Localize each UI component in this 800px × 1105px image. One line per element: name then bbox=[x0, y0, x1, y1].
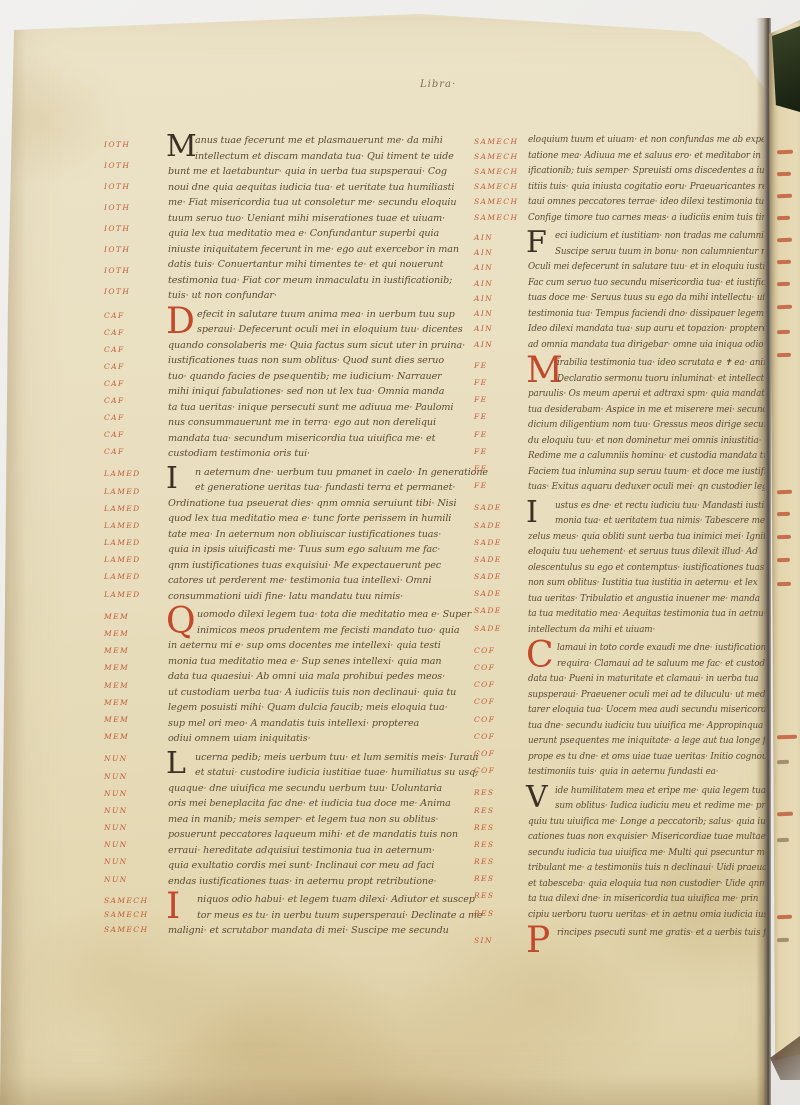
margin-labels-sade: SADESADESADESADESADESADESADESADE bbox=[474, 499, 528, 639]
verse-line: mihi iniqui fabulationes· sed non ut lex… bbox=[168, 384, 468, 400]
left-text-column: IOTHIOTHIOTHIOTHIOTHIOTHIOTHIOTHManus tu… bbox=[104, 133, 468, 942]
margin-label: RES bbox=[474, 789, 528, 797]
margin-label: RES bbox=[474, 807, 528, 815]
margin-label: LAMED bbox=[104, 470, 168, 478]
verse-line: n aeternum dne· uerbum tuu pmanet in cae… bbox=[168, 465, 468, 481]
margin-label: MEM bbox=[104, 630, 168, 638]
margin-label: IOTH bbox=[104, 225, 168, 233]
drop-cap-initial-q: Q bbox=[166, 607, 192, 637]
verse-line: taui omnes peccatores terrae· ideo dilex… bbox=[528, 195, 780, 211]
verse-line: monia tua· et ueritatem tua nimis· Tabes… bbox=[528, 514, 780, 530]
margin-label: SADE bbox=[474, 556, 528, 564]
margin-label: CAF bbox=[104, 397, 168, 405]
verse-line: tuis· ut non confundar· bbox=[168, 288, 468, 304]
verse-line: ta tua meditatio mea· Aequitas testimoni… bbox=[528, 607, 780, 623]
verse-line: quia in ipsis uiuificasti me· Tuus sum e… bbox=[168, 542, 468, 558]
margin-label: NUN bbox=[104, 773, 168, 781]
psalm-section-ain: AINAINAINAINAINAINAINAINFeci iudicium et… bbox=[474, 229, 780, 353]
verse-line: tuo· quando facies de psequentib; me iud… bbox=[168, 369, 468, 385]
margin-label: COF bbox=[474, 750, 528, 758]
margin-label: MEM bbox=[104, 733, 168, 741]
verse-line: noui dne quia aequitas iudicia tua· et u… bbox=[168, 180, 468, 196]
verse-line: qnm iustificationes tuas exquisiui· Me e… bbox=[168, 558, 468, 574]
margin-label: RES bbox=[474, 875, 528, 883]
margin-label: RES bbox=[474, 892, 528, 900]
margin-label: SAMECH bbox=[474, 214, 528, 222]
verse-line: Ordinatione tua pseuerat dies· qnm omnia… bbox=[168, 496, 468, 512]
verse-line: Confige timore tuo carnes meas· a iudici… bbox=[528, 211, 780, 227]
verse-line: legem posuisti mihi· Quam dulcia faucib;… bbox=[168, 700, 468, 716]
verse-line: tate mea· In aeternum non obliuiscar ius… bbox=[168, 527, 468, 543]
drop-cap-initial-i: I bbox=[526, 499, 550, 527]
verse-line: quando consolaberis me· Quia factus sum … bbox=[168, 338, 468, 354]
margin-label: CAF bbox=[104, 414, 168, 422]
verse-line: inimicos meos prudentem me fecisti manda… bbox=[168, 623, 468, 639]
next-folio-rubric-fragment bbox=[777, 558, 790, 562]
header-inscription: Libra· bbox=[420, 79, 456, 90]
verse-line: uerunt psequentes me iniquitate· a lege … bbox=[528, 734, 789, 750]
verse-line: supsperaui· Praeuener oculi mei ad te di… bbox=[528, 688, 789, 704]
next-folio-rubric-fragment bbox=[777, 353, 791, 357]
margin-label: MEM bbox=[104, 716, 168, 724]
next-folio-edge bbox=[769, 20, 800, 1060]
verse-line: quia lex tua meditatio mea e· Confundant… bbox=[168, 226, 468, 242]
margin-labels-nun: NUNNUNNUNNUNNUNNUNNUNNUN bbox=[104, 750, 168, 890]
verse-text-block: In aeternum dne· uerbum tuu pmanet in ca… bbox=[168, 465, 468, 605]
gutter-shadow bbox=[756, 18, 771, 1105]
margin-label: CAF bbox=[104, 312, 168, 320]
verse-line: custodiam testimonia oris tui· bbox=[168, 446, 468, 462]
margin-label: IOTH bbox=[104, 288, 168, 296]
parchment-page: Libra· IOTHIOTHIOTHIOTHIOTHIOTHIOTHIOTHM… bbox=[0, 0, 800, 1105]
margin-label: AIN bbox=[474, 264, 528, 272]
verse-text-block: Manus tuae fecerunt me et plasmauerunt m… bbox=[168, 133, 468, 304]
right-text-column: SAMECHSAMECHSAMECHSAMECHSAMECHSAMECHeloq… bbox=[474, 133, 780, 959]
verse-line: requira· Clamaui ad te saluum me fac· et… bbox=[528, 657, 789, 673]
margin-label: LAMED bbox=[104, 505, 168, 513]
verse-line: zelus meus· quia obliti sunt uerba tua i… bbox=[528, 530, 780, 546]
verse-line: mea in manib; meis semper· et legem tua … bbox=[168, 812, 468, 828]
margin-label: SAMECH bbox=[474, 138, 528, 146]
verse-line: anus tuae fecerunt me et plasmauerunt me… bbox=[168, 133, 468, 149]
drop-cap-initial-i: I bbox=[166, 465, 190, 493]
margin-label: CAF bbox=[104, 431, 168, 439]
verse-line: endas iustificationes tuas· in aeternu p… bbox=[168, 874, 468, 890]
margin-label: AIN bbox=[474, 310, 528, 318]
verse-line: speraui· Defecerunt oculi mei in eloquiu… bbox=[168, 322, 468, 338]
margin-label: AIN bbox=[474, 280, 528, 288]
margin-label: FE bbox=[474, 379, 528, 387]
margin-labels-caf: CAFCAFCAFCAFCAFCAFCAFCAFCAF bbox=[104, 307, 168, 462]
psalm-section-samech: SAMECHSAMECHSAMECHIniquos odio habui· et… bbox=[104, 892, 468, 939]
verse-text-block: eloquium tuum et uiuam· et non confundas… bbox=[528, 133, 780, 226]
verse-line: bunt me et laetabuntur· quia in uerba tu… bbox=[168, 164, 468, 180]
verse-line: lamaui in toto corde exaudi me dne· iust… bbox=[528, 641, 789, 657]
margin-label: MEM bbox=[104, 699, 168, 707]
verse-text-block: Iustus es dne· et rectu iudiciu tuu· Man… bbox=[528, 499, 780, 639]
drop-cap-initial-l: L bbox=[166, 750, 190, 778]
drop-cap-initial-d: D bbox=[166, 307, 192, 337]
verse-line: tatione mea· Adiuua me et saluus ero· et… bbox=[528, 149, 780, 165]
next-folio-rubric-fragment bbox=[777, 238, 792, 243]
verse-line: testimoniis tuis· quia in aeternu fundas… bbox=[528, 765, 789, 781]
margin-label: SADE bbox=[474, 539, 528, 547]
margin-label: FE bbox=[474, 465, 528, 473]
margin-label: NUN bbox=[104, 841, 168, 849]
margin-label: SADE bbox=[474, 625, 528, 633]
verse-line: iustificationes tuas non sum oblitus· Qu… bbox=[168, 353, 468, 369]
psalm-section-cof: COFCOFCOFCOFCOFCOFCOFCOFClamaui in toto … bbox=[474, 641, 780, 781]
margin-label: AIN bbox=[474, 341, 528, 349]
verse-text-block: Iniquos odio habui· et legem tuam dilexi… bbox=[168, 892, 468, 939]
verse-line: in aeternu mi e· sup oms docentes me int… bbox=[168, 638, 468, 654]
next-folio-rubric-fragment bbox=[777, 216, 790, 220]
verse-line: ucerna pedib; meis uerbum tuu· et lum se… bbox=[168, 750, 468, 766]
verse-line: tuum seruo tuo· Ueniant mihi miseratione… bbox=[168, 211, 468, 227]
margin-label: LAMED bbox=[104, 591, 168, 599]
margin-label: FE bbox=[474, 448, 528, 456]
margin-label: CAF bbox=[104, 380, 168, 388]
psalm-section-res: RESRESRESRESRESRESRESRESVide humilitatem… bbox=[474, 784, 780, 924]
verse-line: tua dne· secundu iudiciu tuu uiuifica me… bbox=[528, 719, 789, 735]
margin-label: LAMED bbox=[104, 556, 168, 564]
verse-line: ificationib; tuis semper· Spreuisti oms … bbox=[528, 164, 780, 180]
verse-line: maligni· et scrutabor mandata di mei· Su… bbox=[168, 923, 468, 939]
verse-line: ta tua ueritas· inique persecuti sunt me… bbox=[168, 400, 468, 416]
margin-label: MEM bbox=[104, 682, 168, 690]
next-folio-rubric-fragment bbox=[777, 194, 792, 199]
verse-line: non sum oblitus· Iustitia tua iustitia i… bbox=[528, 576, 780, 592]
drop-cap-initial-m: M bbox=[526, 356, 552, 386]
margin-labels-lamed: LAMEDLAMEDLAMEDLAMEDLAMEDLAMEDLAMEDLAMED bbox=[104, 465, 168, 605]
next-folio-rubric-fragment bbox=[777, 150, 793, 155]
binding-headband bbox=[772, 26, 800, 112]
margin-label: SAMECH bbox=[104, 897, 168, 905]
verse-line: erraui· hereditate adquisiui testimonia … bbox=[168, 843, 468, 859]
drop-cap-initial-m: M bbox=[166, 133, 190, 161]
psalm-section-fe: FEFEFEFEFEFEFEFEMirabilia testimonia tua… bbox=[474, 356, 780, 496]
next-folio-ink-fragment bbox=[777, 760, 789, 764]
psalm-section-samech-cont: SAMECHSAMECHSAMECHSAMECHSAMECHSAMECHeloq… bbox=[474, 133, 780, 226]
verse-line: tarer eloquia tua· Uocem mea audi secund… bbox=[528, 703, 789, 719]
margin-labels-fe: FEFEFEFEFEFEFEFE bbox=[474, 356, 528, 496]
margin-label: SAMECH bbox=[104, 926, 168, 934]
next-folio-rubric-fragment bbox=[777, 330, 790, 334]
margin-labels-samech: SAMECHSAMECHSAMECHSAMECHSAMECHSAMECH bbox=[474, 133, 528, 226]
margin-label: NUN bbox=[104, 755, 168, 763]
margin-label: IOTH bbox=[104, 162, 168, 170]
margin-label: NUN bbox=[104, 807, 168, 815]
margin-label: FE bbox=[474, 413, 528, 421]
verse-line: iniuste iniquitatem fecerunt in me· ego … bbox=[168, 242, 468, 258]
verse-text-block: Clamaui in toto corde exaudi me dne· ius… bbox=[528, 641, 789, 781]
psalm-section-mem: MEMMEMMEMMEMMEMMEMMEMMEMQuomodo dilexi l… bbox=[104, 607, 468, 747]
margin-labels-sin: SIN bbox=[474, 926, 528, 956]
margin-label: COF bbox=[474, 733, 528, 741]
verse-line: testimonia tua· Fiat cor meum inmaculatu… bbox=[168, 273, 468, 289]
verse-line: titiis tuis· quia iniusta cogitatio eoru… bbox=[528, 180, 780, 196]
margin-label: SADE bbox=[474, 607, 528, 615]
verse-line: et statui· custodire iudicia iustitiae t… bbox=[168, 765, 468, 781]
margin-label: CAF bbox=[104, 346, 168, 354]
verse-line: efecit in salutare tuum anima mea· in ue… bbox=[168, 307, 468, 323]
margin-label: COF bbox=[474, 698, 528, 706]
margin-label: IOTH bbox=[104, 141, 168, 149]
next-folio-rubric-fragment bbox=[777, 172, 791, 176]
verse-line: ustus es dne· et rectu iudiciu tuu· Mand… bbox=[528, 499, 780, 515]
verse-line: olescentulus su ego et contemptus· iusti… bbox=[528, 561, 780, 577]
margin-label: AIN bbox=[474, 325, 528, 333]
margin-label: COF bbox=[474, 767, 528, 775]
verse-line: catores ut perderent me· testimonia tua … bbox=[168, 573, 468, 589]
margin-label: AIN bbox=[474, 249, 528, 257]
verse-line: ut custodiam uerba tua· A iudiciis tuis … bbox=[168, 685, 468, 701]
margin-label: SAMECH bbox=[104, 911, 168, 919]
margin-label: IOTH bbox=[104, 204, 168, 212]
psalm-section-caf: CAFCAFCAFCAFCAFCAFCAFCAFCAFDefecit in sa… bbox=[104, 307, 468, 462]
verse-line: niquos odio habui· et legem tuam dilexi·… bbox=[168, 892, 468, 908]
psalm-section-lamed: LAMEDLAMEDLAMEDLAMEDLAMEDLAMEDLAMEDLAMED… bbox=[104, 465, 468, 605]
verse-line: uomodo dilexi legem tua· tota die medita… bbox=[168, 607, 468, 623]
margin-label: SAMECH bbox=[474, 153, 528, 161]
verse-line: me· Fiat misericordia tua ut consoletur … bbox=[168, 195, 468, 211]
next-folio-rubric-fragment bbox=[777, 512, 790, 516]
margin-label: AIN bbox=[474, 295, 528, 303]
margin-label: NUN bbox=[104, 824, 168, 832]
margin-label: LAMED bbox=[104, 522, 168, 530]
margin-label: FE bbox=[474, 431, 528, 439]
next-folio-ink-fragment bbox=[777, 838, 789, 842]
verse-line: oris mei beneplacita fac dne· et iudicia… bbox=[168, 796, 468, 812]
verse-line: quia exultatio cordis mei sunt· Inclinau… bbox=[168, 858, 468, 874]
margin-labels-cof: COFCOFCOFCOFCOFCOFCOFCOF bbox=[474, 641, 528, 781]
verse-line: posuerunt peccatores laqueum mihi· et de… bbox=[168, 827, 468, 843]
margin-label: SIN bbox=[474, 937, 528, 945]
next-folio-ink-fragment bbox=[777, 938, 789, 942]
verse-line: tua ueritas· Tribulatio et angustia inue… bbox=[528, 592, 780, 608]
margin-labels-res: RESRESRESRESRESRESRESRES bbox=[474, 784, 528, 924]
verse-text-block: Quomodo dilexi legem tua· tota die medit… bbox=[168, 607, 468, 747]
margin-label: RES bbox=[474, 824, 528, 832]
margin-label: SAMECH bbox=[474, 168, 528, 176]
manuscript-photo: Libra· IOTHIOTHIOTHIOTHIOTHIOTHIOTHIOTHM… bbox=[0, 0, 800, 1105]
verse-line: tor meus es tu· in uerbu tuum superspera… bbox=[168, 908, 468, 924]
margin-label: IOTH bbox=[104, 267, 168, 275]
verse-line: data tua· Pueni in maturitate et clamaui… bbox=[528, 672, 789, 688]
verse-line: data tua quaesiui· Ab omni uia mala proh… bbox=[168, 669, 468, 685]
margin-label: LAMED bbox=[104, 539, 168, 547]
margin-label: MEM bbox=[104, 613, 168, 621]
verse-line: mandata tua· secundum misericordia tua u… bbox=[168, 431, 468, 447]
verse-line: eloquium tuum et uiuam· et non confundas… bbox=[528, 133, 780, 149]
next-folio-rubric-fragment bbox=[777, 282, 790, 286]
verse-line: sup mel ori meo· A mandatis tuis intelle… bbox=[168, 716, 468, 732]
verse-line: prope es tu dne· et oms uiae tuae uerita… bbox=[528, 750, 789, 766]
margin-label: RES bbox=[474, 841, 528, 849]
verse-text-block: Defecit in salutare tuum anima mea· in u… bbox=[168, 307, 468, 462]
margin-label: SADE bbox=[474, 573, 528, 581]
psalm-section-sin: SINPrincipes psecuti sunt me gratis· et … bbox=[474, 926, 780, 956]
margin-label: LAMED bbox=[104, 573, 168, 581]
verse-line: odiui omnem uiam iniquitatis· bbox=[168, 731, 468, 747]
margin-label: FE bbox=[474, 482, 528, 490]
margin-label: CAF bbox=[104, 363, 168, 371]
margin-label: FE bbox=[474, 396, 528, 404]
margin-label: IOTH bbox=[104, 246, 168, 254]
margin-label: MEM bbox=[104, 664, 168, 672]
next-folio-rubric-fragment bbox=[777, 535, 791, 539]
margin-labels-ain: AINAINAINAINAINAINAINAIN bbox=[474, 229, 528, 353]
margin-label: RES bbox=[474, 910, 528, 918]
verse-line: quod lex tua meditatio mea e· tunc forte… bbox=[168, 511, 468, 527]
margin-label: COF bbox=[474, 716, 528, 724]
margin-label: AIN bbox=[474, 234, 528, 242]
verse-line: eloquiu tuu uehement· et seruus tuus dil… bbox=[528, 545, 780, 561]
margin-label: NUN bbox=[104, 858, 168, 866]
drop-cap-initial-v: V bbox=[526, 784, 550, 812]
verse-line: quaque· dne uiuifica me secundu uerbum t… bbox=[168, 781, 468, 797]
margin-label: CAF bbox=[104, 329, 168, 337]
next-folio-rubric-fragment bbox=[777, 915, 792, 920]
margin-label: NUN bbox=[104, 876, 168, 884]
psalm-section-nun: NUNNUNNUNNUNNUNNUNNUNNUNLucerna pedib; m… bbox=[104, 750, 468, 890]
drop-cap-initial-i: I bbox=[166, 892, 192, 922]
verse-line: et generatione ueritas tua· fundasti ter… bbox=[168, 480, 468, 496]
drop-cap-initial-p: P bbox=[526, 926, 552, 956]
margin-labels-samech: SAMECHSAMECHSAMECH bbox=[104, 892, 168, 939]
verse-line: intellectum et discam mandata tua· Qui t… bbox=[168, 149, 468, 165]
margin-label: MEM bbox=[104, 647, 168, 655]
margin-label: COF bbox=[474, 664, 528, 672]
margin-label: SAMECH bbox=[474, 198, 528, 206]
margin-label: SAMECH bbox=[474, 183, 528, 191]
margin-label: CAF bbox=[104, 448, 168, 456]
verse-line: datis tuis· Conuertantur mihi timentes t… bbox=[168, 257, 468, 273]
drop-cap-initial-c: C bbox=[526, 641, 552, 671]
psalm-section-sade: SADESADESADESADESADESADESADESADEIustus e… bbox=[474, 499, 780, 639]
next-folio-rubric-fragment bbox=[777, 305, 792, 310]
next-folio-rubric-fragment bbox=[777, 582, 791, 586]
verse-line: consummationi uidi fine· latu mandatu tu… bbox=[168, 589, 468, 605]
verse-line: intellectum da mihi et uiuam· bbox=[528, 623, 780, 639]
margin-label: LAMED bbox=[104, 488, 168, 496]
psalm-section-ioth: IOTHIOTHIOTHIOTHIOTHIOTHIOTHIOTHManus tu… bbox=[104, 133, 468, 304]
next-folio-rubric-fragment bbox=[777, 490, 792, 495]
verse-text-block: Lucerna pedib; meis uerbum tuu· et lum s… bbox=[168, 750, 468, 890]
margin-label: COF bbox=[474, 647, 528, 655]
next-folio-rubric-fragment bbox=[777, 812, 793, 817]
margin-labels-ioth: IOTHIOTHIOTHIOTHIOTHIOTHIOTHIOTH bbox=[104, 133, 168, 304]
verse-line: monia tua meditatio mea e· Sup senes int… bbox=[168, 654, 468, 670]
margin-label: SADE bbox=[474, 522, 528, 530]
margin-labels-mem: MEMMEMMEMMEMMEMMEMMEMMEM bbox=[104, 607, 168, 747]
margin-label: FE bbox=[474, 362, 528, 370]
margin-label: SADE bbox=[474, 504, 528, 512]
margin-label: SADE bbox=[474, 590, 528, 598]
margin-label: RES bbox=[474, 858, 528, 866]
next-folio-rubric-fragment bbox=[777, 735, 797, 740]
margin-label: IOTH bbox=[104, 183, 168, 191]
verse-line: nus consummauerunt me in terra· ego aut … bbox=[168, 415, 468, 431]
next-folio-rubric-fragment bbox=[777, 260, 791, 264]
drop-cap-initial-f: F bbox=[526, 229, 550, 257]
margin-label: NUN bbox=[104, 790, 168, 798]
margin-label: COF bbox=[474, 681, 528, 689]
